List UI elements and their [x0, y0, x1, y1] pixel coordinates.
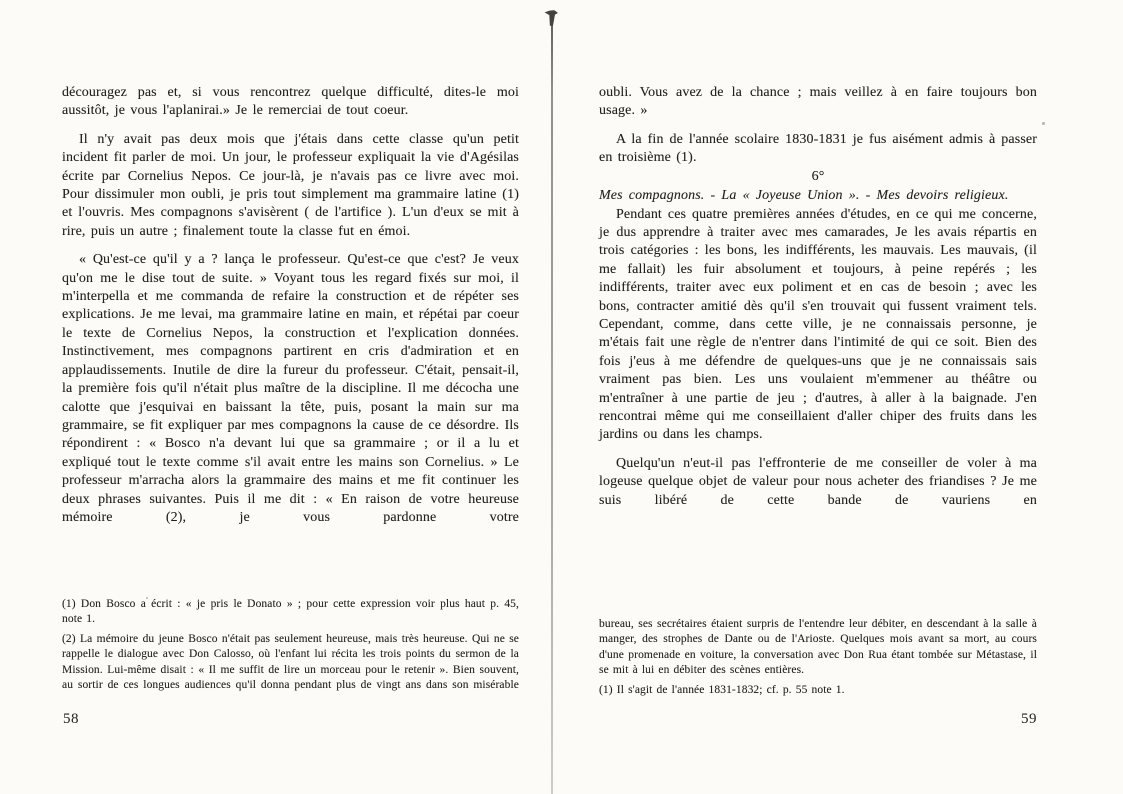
section-subtitle: Mes compagnons. - La « Joyeuse Union ». … [599, 186, 1037, 206]
section-heading: 6° [599, 168, 1037, 186]
page-gutter-line [551, 13, 553, 794]
paragraph: Il n'y avait pas deux mois que j'étais d… [62, 131, 519, 241]
paragraph: A la fin de l'année scolaire 1830-1831 j… [599, 131, 1037, 168]
footnote: (1) Don Bosco a écrit : « je pris le Don… [62, 597, 519, 628]
footnote: bureau, ses secrétaires étaient surpris … [599, 617, 1037, 679]
paragraph: Quelqu'un n'eut-il pas l'effronterie de … [599, 455, 1037, 510]
page-number-left: 58 [63, 711, 79, 728]
paragraph: découragez pas et, si vous rencontrez qu… [62, 84, 519, 121]
scan-speck [1042, 122, 1045, 125]
right-page-footnotes: bureau, ses secrétaires étaient surpris … [599, 617, 1037, 698]
left-page-body: découragez pas et, si vous rencontrez qu… [62, 84, 519, 527]
footnote: (1) Il s'agit de l'année 1831-1832; cf. … [599, 683, 1037, 698]
paragraph: « Qu'est-ce qu'il y a ? lança le profess… [62, 251, 519, 527]
left-page-footnotes: (1) Don Bosco a écrit : « je pris le Don… [62, 597, 519, 693]
paragraph: oubli. Vous avez de la chance ; mais vei… [599, 84, 1037, 121]
right-page-body: oubli. Vous avez de la chance ; mais vei… [599, 84, 1037, 510]
paragraph: Pendant ces quatre premières années d'ét… [599, 206, 1037, 445]
footnote: (2) La mémoire du jeune Bosco n'était pa… [62, 632, 519, 694]
page-number-right: 59 [599, 711, 1037, 728]
book-scan: découragez pas et, si vous rencontrez qu… [0, 0, 1123, 794]
